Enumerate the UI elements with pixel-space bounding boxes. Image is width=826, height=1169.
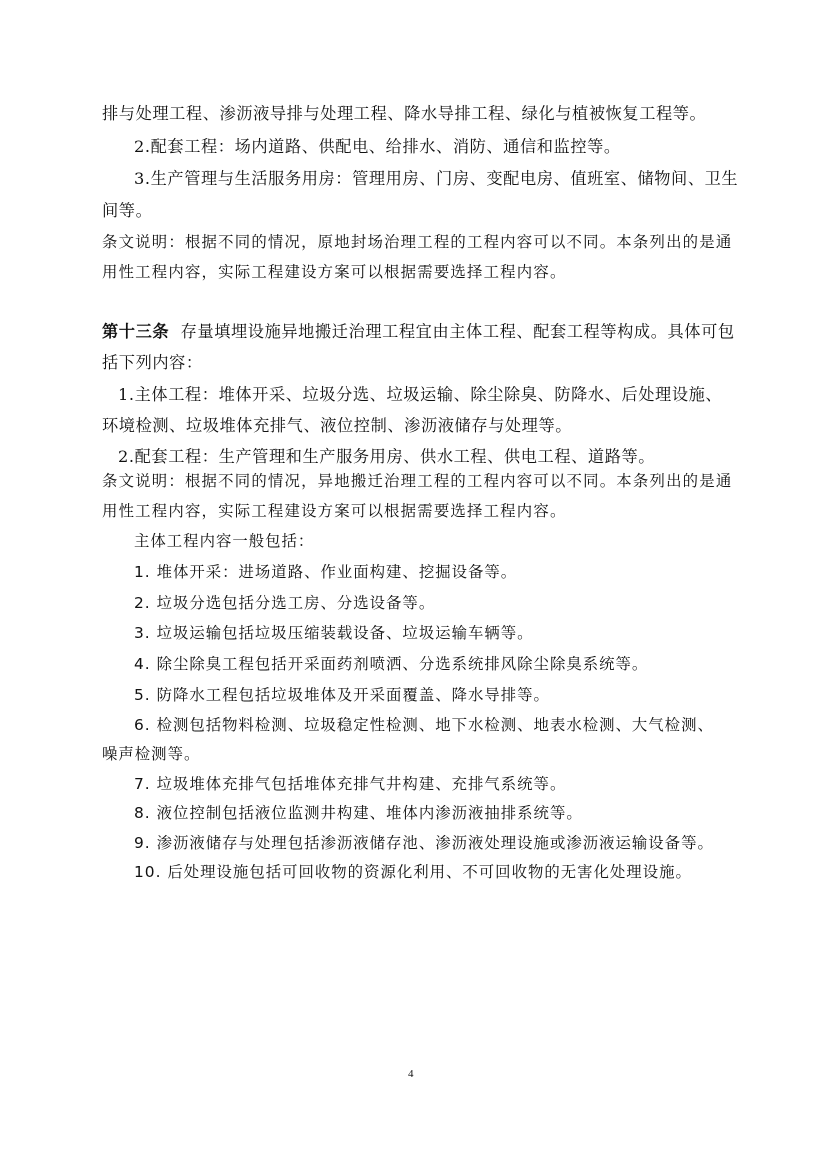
list-item-cont: 噪声检测等。 xyxy=(102,744,732,764)
list-item-service-buildings: 3.生产管理与生活服务用房：管理用房、门房、变配电房、值班室、储物间、卫生 xyxy=(134,169,764,189)
list-item: 4. 除尘除臭工程包括开采面药剂喷洒、分选系统排风除尘除臭系统等。 xyxy=(134,654,764,674)
clause-note-cont: 用性工程内容，实际工程建设方案可以根据需要选择工程内容。 xyxy=(102,262,732,282)
main-works-intro: 主体工程内容一般包括： xyxy=(134,531,764,551)
list-item: 3. 垃圾运输包括垃圾压缩装载设备、垃圾运输车辆等。 xyxy=(134,623,764,643)
paragraph-continuation: 排与处理工程、渗沥液导排与处理工程、降水导排工程、绿化与植被恢复工程等。 xyxy=(102,104,732,124)
list-item-main-works: 1.主体工程：堆体开采、垃圾分选、垃圾运输、除尘除臭、防降水、后处理设施、 xyxy=(118,385,748,405)
list-item: 8. 液位控制包括液位监测井构建、堆体内渗沥液抽排系统等。 xyxy=(134,803,764,823)
clause-note-13: 条文说明：根据不同的情况，异地搬迁治理工程的工程内容可以不同。本条列出的是通 xyxy=(102,471,732,491)
clause-note-13-cont: 用性工程内容，实际工程建设方案可以根据需要选择工程内容。 xyxy=(102,501,732,521)
list-item-supporting-works-13: 2.配套工程：生产管理和生产服务用房、供水工程、供电工程、道路等。 xyxy=(118,447,748,467)
list-item-service-buildings-cont: 间等。 xyxy=(102,201,732,221)
article-13-text-cont: 括下列内容： xyxy=(102,353,732,373)
document-page: 排与处理工程、渗沥液导排与处理工程、降水导排工程、绿化与植被恢复工程等。 2.配… xyxy=(0,0,826,1169)
article-heading: 第十三条 xyxy=(102,322,169,341)
page-number: 4 xyxy=(408,1068,414,1080)
list-item: 1. 堆体开采：进场道路、作业面构建、挖掘设备等。 xyxy=(134,562,764,582)
list-item: 9. 渗沥液储存与处理包括渗沥液储存池、渗沥液处理设施或渗沥液运输设备等。 xyxy=(134,833,764,853)
clause-note: 条文说明：根据不同的情况，原地封场治理工程的工程内容可以不同。本条列出的是通 xyxy=(102,232,732,252)
list-item-supporting-works: 2.配套工程：场内道路、供配电、给排水、消防、通信和监控等。 xyxy=(134,137,764,157)
list-item: 5. 防降水工程包括垃圾堆体及开采面覆盖、降水导排等。 xyxy=(134,685,764,705)
article-13-paragraph: 第十三条 存量填埋设施异地搬迁治理工程宜由主体工程、配套工程等构成。具体可包 xyxy=(102,322,732,342)
list-item: 7. 垃圾堆体充排气包括堆体充排气井构建、充排气系统等。 xyxy=(134,774,764,794)
article-text: 存量填埋设施异地搬迁治理工程宜由主体工程、配套工程等构成。具体可包 xyxy=(181,322,735,341)
list-item: 6. 检测包括物料检测、垃圾稳定性检测、地下水检测、地表水检测、大气检测、 xyxy=(134,715,764,735)
list-item: 10. 后处理设施包括可回收物的资源化利用、不可回收物的无害化处理设施。 xyxy=(134,862,764,882)
list-item-main-works-cont: 环境检测、垃圾堆体充排气、液位控制、渗沥液储存与处理等。 xyxy=(102,416,732,436)
list-item: 2. 垃圾分选包括分选工房、分选设备等。 xyxy=(134,593,764,613)
